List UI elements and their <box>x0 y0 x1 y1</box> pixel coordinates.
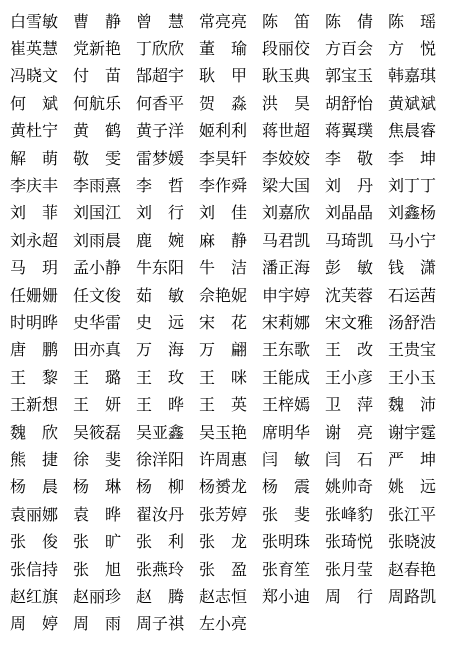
person-name: 史华雷 <box>73 315 121 331</box>
person-name: 冯晓文 <box>10 68 58 84</box>
person-name: 马琦凯 <box>325 233 373 249</box>
person-name: 梁大国 <box>262 178 310 194</box>
person-name: 王咪 <box>199 370 247 386</box>
person-name: 王能成 <box>262 370 310 386</box>
person-name: 翟汝丹 <box>136 507 184 523</box>
person-name: 耿玉典 <box>262 68 310 84</box>
person-name: 王小彦 <box>325 370 373 386</box>
person-name: 张芳婷 <box>199 507 247 523</box>
person-name: 张燕玲 <box>136 562 184 578</box>
person-name: 姚远 <box>388 479 436 495</box>
person-name: 周路凯 <box>388 589 436 605</box>
person-name: 魏沛 <box>388 397 436 413</box>
person-name: 宋莉娜 <box>262 315 310 331</box>
person-name: 王晔 <box>136 397 184 413</box>
person-name: 茹敏 <box>136 288 184 304</box>
person-name: 马小宁 <box>388 233 436 249</box>
person-name: 赵志恒 <box>199 589 247 605</box>
person-name: 唐鹏 <box>10 342 58 358</box>
person-name: 张旷 <box>73 534 121 550</box>
person-name: 袁丽娜 <box>10 507 58 523</box>
person-name: 赵腾 <box>136 589 184 605</box>
person-name: 陈笛 <box>262 14 310 30</box>
person-name: 王东歌 <box>262 342 310 358</box>
person-name: 张明珠 <box>262 534 310 550</box>
person-name: 沈芙蓉 <box>325 288 373 304</box>
person-name: 张龙 <box>199 534 247 550</box>
person-name: 刘永超 <box>10 233 58 249</box>
person-name: 石运茜 <box>388 288 436 304</box>
person-name: 黄子洋 <box>136 123 184 139</box>
person-name: 白雪敏 <box>10 14 58 30</box>
person-name: 闫敏 <box>262 452 310 468</box>
person-name: 郭宝玉 <box>325 68 373 84</box>
person-name: 李昊轩 <box>199 151 247 167</box>
person-name: 焦晨睿 <box>388 123 436 139</box>
person-name: 黄杜宁 <box>10 123 58 139</box>
person-name: 张琦悦 <box>325 534 373 550</box>
person-name: 牛洁 <box>199 260 247 276</box>
name-grid: 白雪敏曹静曾慧常亮亮陈笛陈倩陈瑶崔英慧党新艳丁欣欣董瑜段丽佼方百会方悦冯晓文付苗… <box>0 0 449 638</box>
person-name: 田亦真 <box>73 342 121 358</box>
person-name: 韩嘉琪 <box>388 68 436 84</box>
person-name: 孟小静 <box>73 260 121 276</box>
person-name: 李敬 <box>325 151 373 167</box>
person-name: 刘菲 <box>10 205 58 221</box>
person-name: 雷梦媛 <box>136 151 184 167</box>
person-name: 杨柳 <box>136 479 184 495</box>
person-name: 耿甲 <box>199 68 247 84</box>
person-name: 陈倩 <box>325 14 373 30</box>
person-name: 杨琳 <box>73 479 121 495</box>
person-name: 刘鑫杨 <box>388 205 436 221</box>
person-name: 何香平 <box>136 96 184 112</box>
person-name: 徐斐 <box>73 452 121 468</box>
person-name: 刘嘉欣 <box>262 205 310 221</box>
person-name: 党新艳 <box>73 41 121 57</box>
person-name: 曾慧 <box>136 14 184 30</box>
person-name: 张俊 <box>10 534 58 550</box>
person-name: 郑小迪 <box>262 589 310 605</box>
person-name: 赵丽珍 <box>73 589 121 605</box>
person-name: 刘国江 <box>73 205 121 221</box>
person-name: 牛东阳 <box>136 260 184 276</box>
person-name: 刘行 <box>136 205 184 221</box>
person-name: 李雨熹 <box>73 178 121 194</box>
person-name: 魏欣 <box>10 425 58 441</box>
person-name: 佘艳妮 <box>199 288 247 304</box>
person-name: 李姣姣 <box>262 151 310 167</box>
person-name: 姚帅奇 <box>325 479 373 495</box>
person-name: 吴筱磊 <box>73 425 121 441</box>
person-name: 黄鹤 <box>73 123 121 139</box>
person-name: 丁欣欣 <box>136 41 184 57</box>
person-name: 杨晨 <box>10 479 58 495</box>
person-name: 严坤 <box>388 452 436 468</box>
person-name: 周雨 <box>73 616 121 632</box>
person-name: 汤舒浩 <box>388 315 436 331</box>
person-name: 张信持 <box>10 562 58 578</box>
person-name: 周子祺 <box>136 616 184 632</box>
person-name: 麻静 <box>199 233 247 249</box>
person-name: 张育笙 <box>262 562 310 578</box>
person-name: 宋花 <box>199 315 247 331</box>
person-name: 申宇婷 <box>262 288 310 304</box>
person-name: 方百会 <box>325 41 373 57</box>
person-name: 史远 <box>136 315 184 331</box>
person-name: 左小亮 <box>199 616 247 632</box>
person-name: 席明华 <box>262 425 310 441</box>
person-name: 谢宇霆 <box>388 425 436 441</box>
person-name: 王妍 <box>73 397 121 413</box>
person-name: 黄斌斌 <box>388 96 436 112</box>
person-name: 崔英慧 <box>10 41 58 57</box>
person-name: 贺淼 <box>199 96 247 112</box>
person-name: 张斐 <box>262 507 310 523</box>
person-name: 万翩 <box>199 342 247 358</box>
person-name: 杨震 <box>262 479 310 495</box>
person-name: 刘雨晨 <box>73 233 121 249</box>
person-name: 王璐 <box>73 370 121 386</box>
person-name: 赵红旗 <box>10 589 58 605</box>
person-name: 张月莹 <box>325 562 373 578</box>
person-name: 常亮亮 <box>199 14 247 30</box>
person-name: 何航乐 <box>73 96 121 112</box>
person-name: 刘佳 <box>199 205 247 221</box>
person-name: 张晓波 <box>388 534 436 550</box>
person-name: 姬利利 <box>199 123 247 139</box>
person-name: 张盈 <box>199 562 247 578</box>
person-name: 王改 <box>325 342 373 358</box>
person-name: 郜超宇 <box>136 68 184 84</box>
person-name: 解萌 <box>10 151 58 167</box>
person-name: 李作舜 <box>199 178 247 194</box>
person-name: 吴玉艳 <box>199 425 247 441</box>
person-name: 段丽佼 <box>262 41 310 57</box>
person-name: 李坤 <box>388 151 436 167</box>
person-name: 王小玉 <box>388 370 436 386</box>
person-name: 王玫 <box>136 370 184 386</box>
person-name: 付苗 <box>73 68 121 84</box>
person-name: 熊捷 <box>10 452 58 468</box>
person-name: 时明晔 <box>10 315 58 331</box>
person-name: 方悦 <box>388 41 436 57</box>
person-name: 周婷 <box>10 616 58 632</box>
person-name: 彭敏 <box>325 260 373 276</box>
person-name: 吴亚鑫 <box>136 425 184 441</box>
person-name: 何斌 <box>10 96 58 112</box>
person-name: 鹿婉 <box>136 233 184 249</box>
person-name: 王新想 <box>10 397 58 413</box>
person-name: 任姗姗 <box>10 288 58 304</box>
person-name: 洪昊 <box>262 96 310 112</box>
person-name: 胡舒怡 <box>325 96 373 112</box>
person-name: 杨赟龙 <box>199 479 247 495</box>
person-name: 陈瑶 <box>388 14 436 30</box>
person-name: 王黎 <box>10 370 58 386</box>
person-name: 钱潇 <box>388 260 436 276</box>
person-name: 宋文雅 <box>325 315 373 331</box>
person-name: 蒋翼璞 <box>325 123 373 139</box>
person-name: 王贵宝 <box>388 342 436 358</box>
person-name: 李哲 <box>136 178 184 194</box>
person-name: 赵春艳 <box>388 562 436 578</box>
person-name: 闫石 <box>325 452 373 468</box>
person-name: 敬雯 <box>73 151 121 167</box>
person-name: 刘晶晶 <box>325 205 373 221</box>
person-name: 刘丹 <box>325 178 373 194</box>
person-name: 卫萍 <box>325 397 373 413</box>
person-name: 张旭 <box>73 562 121 578</box>
person-name: 刘丁丁 <box>388 178 436 194</box>
person-name: 袁晔 <box>73 507 121 523</box>
person-name: 谢亮 <box>325 425 373 441</box>
person-name: 周行 <box>325 589 373 605</box>
person-name: 徐洋阳 <box>136 452 184 468</box>
person-name: 张峰豹 <box>325 507 373 523</box>
person-name: 董瑜 <box>199 41 247 57</box>
person-name: 马玥 <box>10 260 58 276</box>
person-name: 许周惠 <box>199 452 247 468</box>
person-name: 王英 <box>199 397 247 413</box>
person-name: 王梓嫣 <box>262 397 310 413</box>
person-name: 张江平 <box>388 507 436 523</box>
person-name: 潘正海 <box>262 260 310 276</box>
person-name: 任文俊 <box>73 288 121 304</box>
person-name: 李庆丰 <box>10 178 58 194</box>
person-name: 蒋世超 <box>262 123 310 139</box>
person-name: 万海 <box>136 342 184 358</box>
person-name: 曹静 <box>73 14 121 30</box>
person-name: 马君凯 <box>262 233 310 249</box>
person-name: 张利 <box>136 534 184 550</box>
